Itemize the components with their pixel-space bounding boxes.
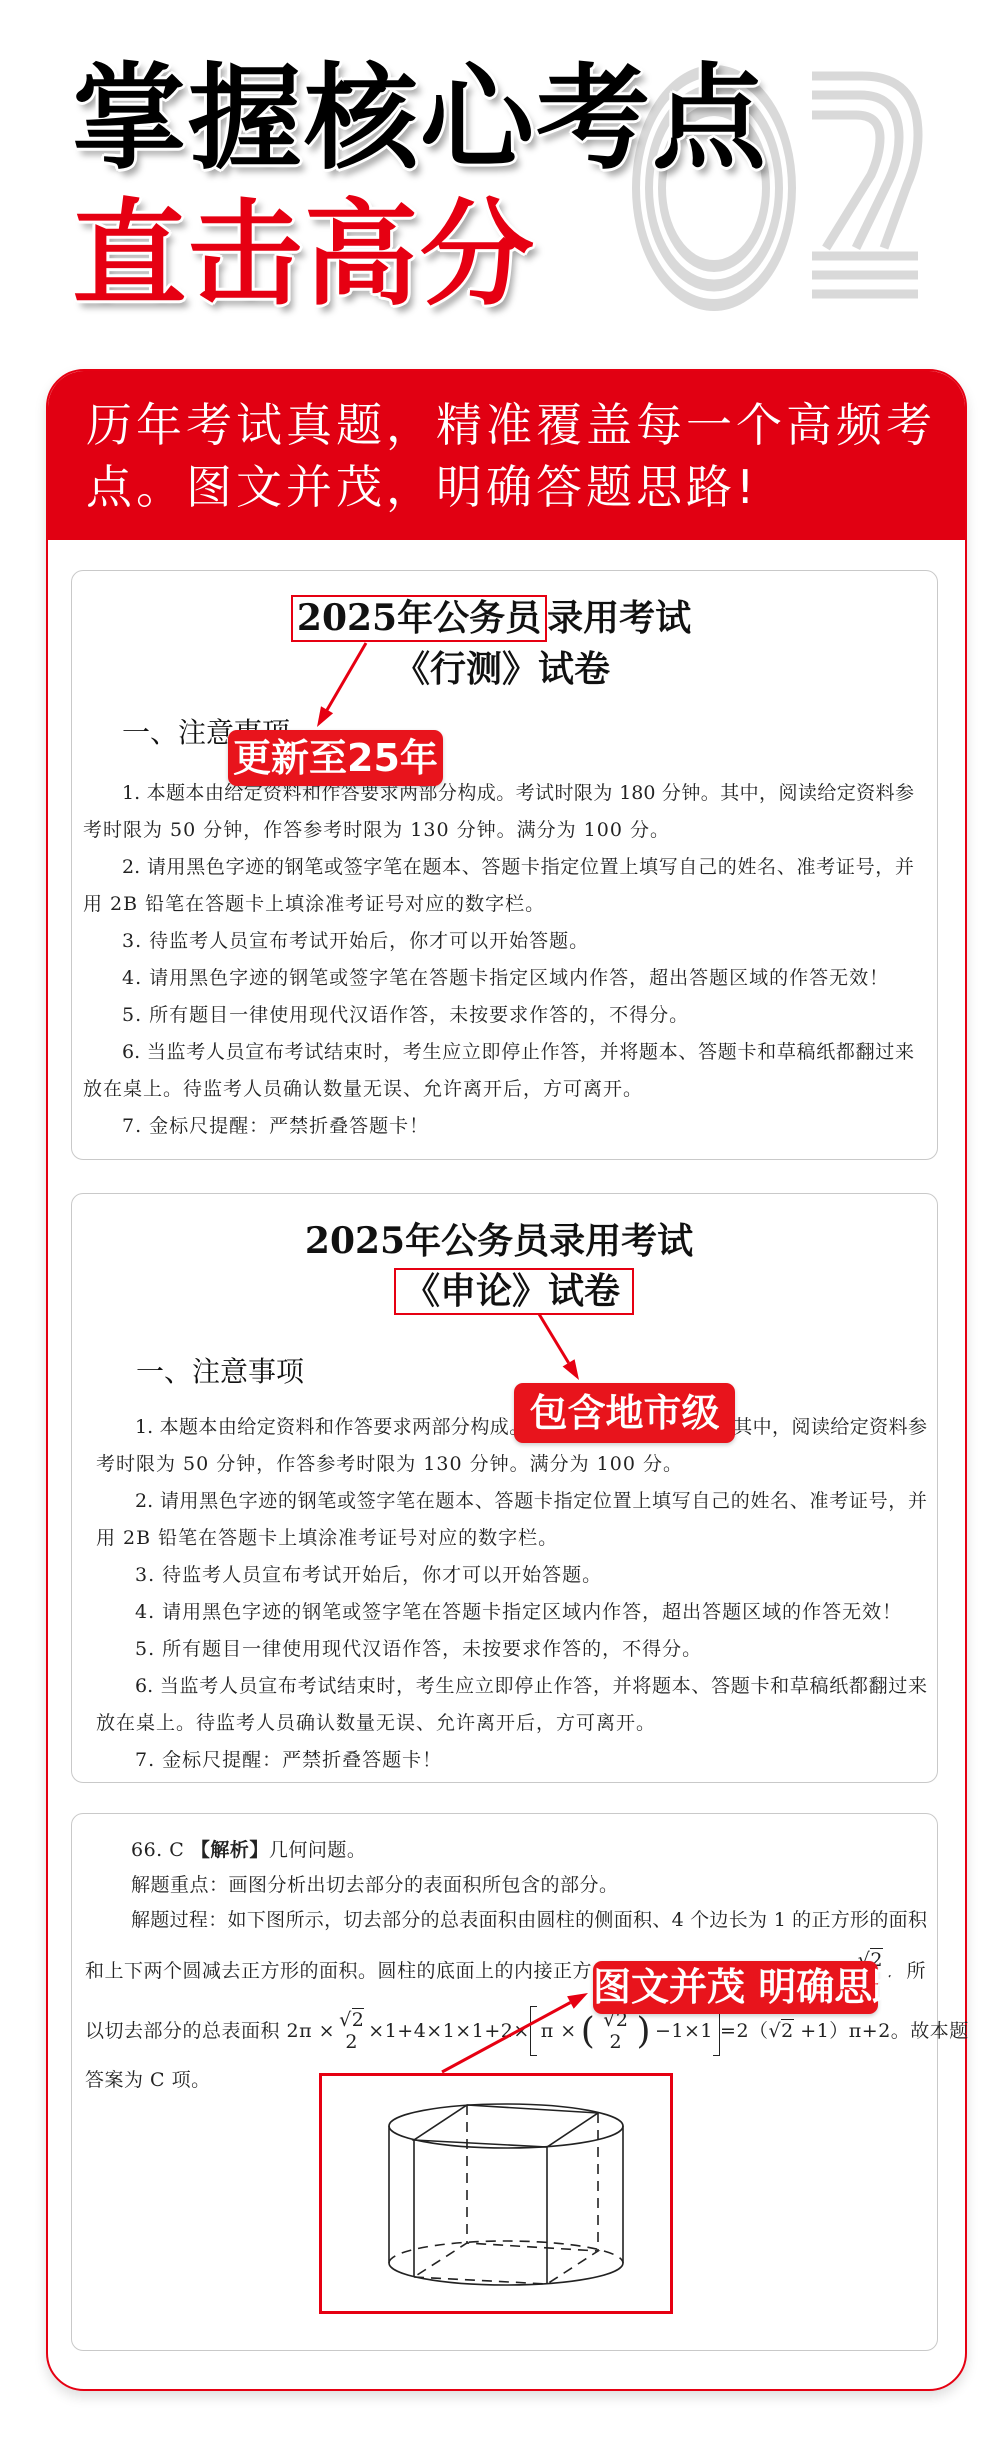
paper-title: 2025年公务员录用考试	[67, 1216, 931, 1266]
fraction: √2 2	[339, 2009, 364, 2053]
formula-inner-pre: π ×	[541, 2014, 577, 2049]
notice-line: 1. 本题本由给定资料和作答要求两部分构成。考试时限为 180 分钟。其中，阅读…	[83, 775, 914, 812]
badge-illustrated: 图文并茂 明确思路	[593, 1961, 878, 2014]
paper-title: 2025年公务员录用考试	[59, 593, 923, 643]
badge-updated-25: 更新至25年	[228, 730, 443, 786]
solution-conclusion: 答案为 C 项。	[85, 2063, 211, 2098]
notice-line: 用 2B 铅笔在答题卡上填涂准考证号对应的数字栏。	[83, 886, 914, 923]
exam-paper-shenlun: 2025年公务员录用考试 《申论》试卷 一、注意事项 包含地市级 1. 本题本由…	[71, 1193, 938, 1783]
solution-paper: 66. C 【解析】几何问题。 解题重点：画图分析出切去部分的表面积所包含的部分…	[71, 1813, 938, 2351]
bracket-left-icon	[530, 2006, 537, 2056]
paper-subtitle: 《行测》试卷	[70, 644, 934, 694]
numerator: √2	[339, 2009, 364, 2031]
headline-line1: 掌握核心考点	[72, 54, 768, 184]
notice-line: 6. 当监考人员宣布考试结束时，考生应立即停止作答，并将题本、答题卡和草稿纸都翻…	[96, 1668, 927, 1705]
card-header-line1: 历年考试真题，精准覆盖每一个高频考	[86, 394, 965, 456]
notice-text: 1. 本题本由给定资料和作答要求两部分构成。考试时限为 180 分钟。其中，阅读…	[83, 775, 914, 1145]
highlight-box-year: 2025年公务员	[291, 595, 547, 642]
analysis-tag: 【解析】	[191, 1839, 269, 1861]
cylinder-diagram	[319, 2073, 673, 2314]
notice-line: 6. 当监考人员宣布考试结束时，考生应立即停止作答，并将题本、答题卡和草稿纸都翻…	[83, 1034, 914, 1071]
digit-two-icon	[812, 76, 918, 294]
notice-line: 2. 请用黑色字迹的钢笔或签字笔在题本、答题卡指定位置上填写自己的姓名、准考证号…	[83, 849, 914, 886]
headline-line2: 直击高分	[72, 190, 536, 320]
radicand: 2	[352, 2008, 365, 2031]
denominator: 2	[345, 2031, 358, 2053]
formula-suffix: =2（√2 +1）π+2。故本题	[720, 2014, 969, 2049]
solution-process: 解题过程：如下图所示，切去部分的总表面积由圆柱的侧面积、4 个边长为 1 的正方…	[131, 1903, 927, 1938]
solution-answer-line: 66. C 【解析】几何问题。	[131, 1833, 366, 1868]
notice-line: 3. 待监考人员宣布考试开始后，你才可以开始答题。	[96, 1557, 927, 1594]
notice-line: 1. 本题本由给定资料和作答要求两部分构成。考试时限为 180 分钟。其中，阅读…	[96, 1409, 927, 1446]
solution-text: 和上下两个圆减去正方形的面积。圆柱的底面上的内接正方	[85, 1954, 592, 1989]
notice-line: 7. 金标尺提醒：严禁折叠答题卡！	[83, 1108, 914, 1145]
paren-right: )	[636, 2014, 651, 2049]
notice-line: 5. 所有题目一律使用现代汉语作答，未按要求作答的，不得分。	[83, 997, 914, 1034]
question-type: 几何问题。	[269, 1839, 367, 1861]
notice-line: 3. 待监考人员宣布考试开始后，你才可以开始答题。	[83, 923, 914, 960]
formula-end: +1）π+2。故本题	[794, 2020, 969, 2042]
section-heading: 一、注意事项	[136, 1352, 304, 1392]
formula-mid: ×1+4×1×1+2×	[368, 2014, 529, 2049]
radicand: 2	[781, 2019, 794, 2042]
denominator: 2	[610, 2031, 623, 2053]
formula-inner-post: −1×1	[655, 2014, 713, 2049]
notice-line: 放在桌上。待监考人员确认数量无误、允许离开后，方可离开。	[83, 1071, 914, 1108]
notice-line: 4. 请用黑色字迹的钢笔或签字笔在答题卡指定区域内作答，超出答题区域的作答无效！	[96, 1594, 927, 1631]
formula-prefix: 以切去部分的总表面积 2π ×	[85, 2014, 335, 2049]
card-header: 历年考试真题，精准覆盖每一个高频考 点。图文并茂，明确答题思路!	[48, 371, 965, 540]
notice-line: 放在桌上。待监考人员确认数量无误、允许离开后，方可离开。	[96, 1705, 927, 1742]
radical-sign: √	[769, 2020, 782, 2042]
exam-paper-xingce: 2025年公务员录用考试 《行测》试卷 一、注意事项 更新至25年 1. 本题本…	[71, 570, 938, 1160]
notice-line: 考时限为 50 分钟，作答参考时限为 130 分钟。满分为 100 分。	[83, 812, 914, 849]
notice-text: 1. 本题本由给定资料和作答要求两部分构成。考试时限为 180 分钟。其中，阅读…	[96, 1409, 927, 1779]
highlight-box-subtitle: 《申论》试卷	[394, 1268, 634, 1315]
figure-highlight-box	[319, 2073, 673, 2314]
notice-line: 2. 请用黑色字迹的钢笔或签字笔在题本、答题卡指定位置上填写自己的姓名、准考证号…	[96, 1483, 927, 1520]
fraction: √2 2	[603, 2009, 628, 2053]
badge-city-level: 包含地市级	[514, 1383, 735, 1443]
notice-line: 4. 请用黑色字迹的钢笔或签字笔在答题卡指定区域内作答，超出答题区域的作答无效！	[83, 960, 914, 997]
paper-subtitle: 《申论》试卷	[82, 1266, 946, 1316]
notice-line: 7. 金标尺提醒：严禁折叠答题卡！	[96, 1742, 927, 1779]
paper-title-rest: 录用考试	[547, 597, 691, 639]
card-header-line2: 点。图文并茂，明确答题思路!	[86, 456, 965, 518]
notice-line: 5. 所有题目一律使用现代汉语作答，未按要求作答的，不得分。	[96, 1631, 927, 1668]
notice-line: 用 2B 铅笔在答题卡上填涂准考证号对应的数字栏。	[96, 1520, 927, 1557]
formula-eq: =2（	[720, 2020, 769, 2042]
paren-left: (	[581, 2014, 596, 2049]
radical-sign: √	[339, 2009, 352, 2031]
question-number: 66. C	[131, 1839, 191, 1861]
notice-line: 考时限为 50 分钟，作答参考时限为 130 分钟。满分为 100 分。	[96, 1446, 927, 1483]
solution-key-point: 解题重点：画图分析出切去部分的表面积所包含的部分。	[131, 1868, 619, 1903]
